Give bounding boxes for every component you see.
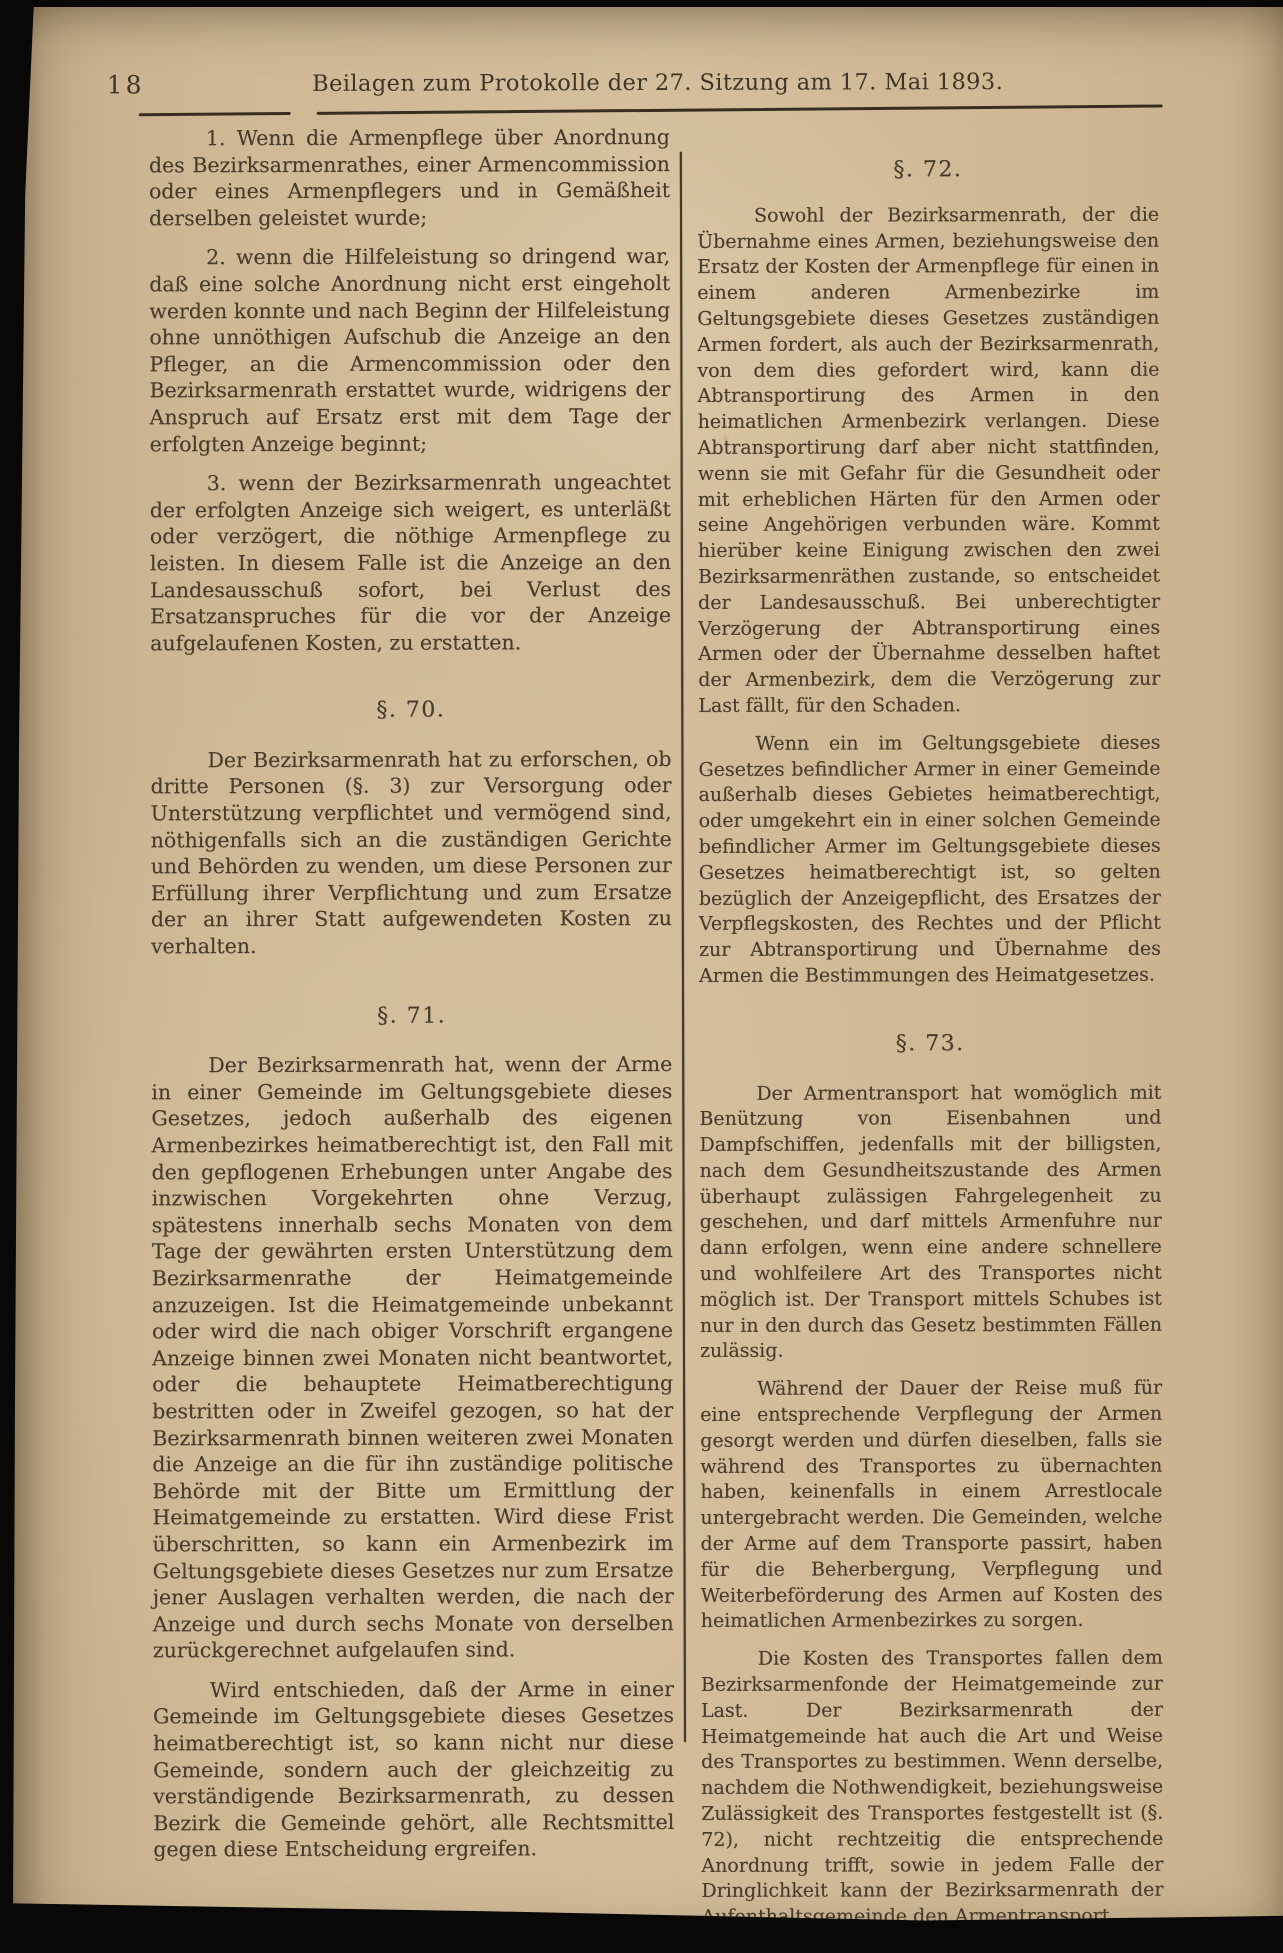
section-73-heading: §. 73. bbox=[699, 1030, 1161, 1057]
left-column: 1. Wenn die Armenpflege über Anordnung d… bbox=[149, 124, 675, 1863]
section-71-paragraph-1: Der Bezirksarmenrath hat, wenn der Arme … bbox=[151, 1051, 674, 1664]
section-73-paragraph-2: Während der Dauer der Reise muß für eine… bbox=[700, 1376, 1163, 1635]
section-70-paragraph: Der Bezirksarmenrath hat zu erforschen, … bbox=[150, 746, 672, 960]
list-item-3: 3. wenn der Bezirksarmenrath ungeachtet … bbox=[150, 469, 671, 657]
section-73-paragraph-3: Die Kosten des Transportes fallen dem Be… bbox=[701, 1646, 1164, 1931]
section-72-paragraph-1: Sowohl der Bezirksarmenrath, der die Übe… bbox=[697, 202, 1160, 719]
section-70-heading: §. 70. bbox=[150, 697, 671, 725]
page-content: 18 Beilagen zum Protokolle der 27. Sitzu… bbox=[0, 0, 1283, 1953]
scanned-document-page: 18 Beilagen zum Protokolle der 27. Sitzu… bbox=[0, 0, 1283, 1953]
right-column: §. 72. Sowohl der Bezirksarmenrath, der … bbox=[697, 157, 1164, 1931]
page-number: 18 bbox=[107, 70, 145, 99]
column-divider-rule bbox=[680, 152, 686, 1742]
header-rule-left-segment bbox=[139, 112, 291, 116]
section-72-heading: §. 72. bbox=[697, 157, 1159, 184]
list-item-2: 2. wenn die Hilfeleistung so dringend wa… bbox=[149, 243, 671, 457]
section-73-paragraph-1: Der Armentransport hat womöglich mit Ben… bbox=[699, 1080, 1162, 1365]
header-rule-main bbox=[317, 104, 1163, 114]
scan-edge-top bbox=[0, 0, 1283, 7]
section-72-paragraph-2: Wenn ein im Geltungsgebiete dieses Geset… bbox=[698, 730, 1161, 989]
running-header: Beilagen zum Protokolle der 27. Sitzung … bbox=[158, 69, 1158, 98]
list-item-1: 1. Wenn die Armenpflege über Anordnung d… bbox=[149, 124, 670, 232]
section-71-paragraph-2: Wird entschieden, daß der Arme in einer … bbox=[153, 1676, 674, 1864]
section-71-heading: §. 71. bbox=[151, 1003, 672, 1031]
